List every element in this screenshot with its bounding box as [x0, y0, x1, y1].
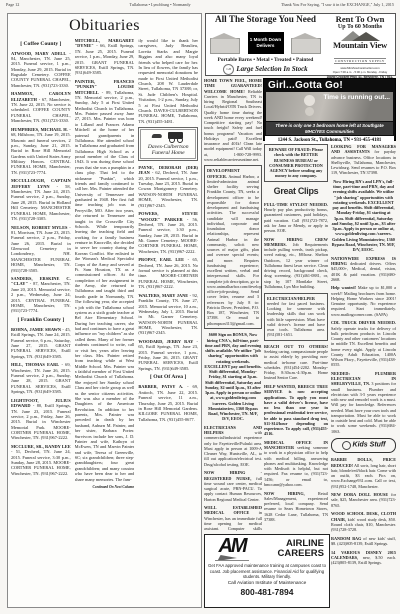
airline-careers-title: AIRLINE CAREERS: [262, 539, 324, 559]
mountain-view-brand: Mountain View: [325, 41, 395, 49]
classified-ad: NEW DORA DOLL HOUSE for sale, $25, Manch…: [331, 492, 396, 508]
aim-logo: AM: [210, 537, 254, 555]
county-section-header: [ Out Of Area ]: [138, 374, 198, 381]
obituary-item: POWERS, STEVIE "WOOZE" PARKER - 56, Dech…: [138, 211, 198, 254]
classified-text: with commercial/industrial experience on…: [204, 430, 262, 467]
obituary-item: PROPST, EARL LEE - 65, Decherd, TN. June…: [138, 257, 198, 289]
obituary-text: - 62, Decherd, TN. June 20, 2015. Funera…: [138, 170, 198, 207]
obituaries-column-2: MITCHELL, MARGARET "DYNIE" - 66, Estill …: [75, 38, 135, 598]
obituary-item: BOHNA, JAMIE SHAWN - 45, Estill Springs,…: [11, 327, 71, 359]
classified-ad: WELL ESTABLISHED MEDICAL OFFICE in Winch…: [204, 505, 262, 531]
rent-to-own-headline: Rent To Own: [325, 15, 395, 24]
page-header-cities: Tullahoma • Lynchburg • Normandy: [76, 2, 244, 7]
daves-ad-inner: Daves-Culbertson Funeral Home: [140, 129, 196, 159]
obituary-item: PAINTER, FRANCES "PUNKIN" LOUISE MITCHEL…: [75, 79, 135, 482]
obituary-item: WALTERS, MARY JANE - 92, Franklin County…: [138, 293, 198, 336]
classified-lead: ELECTRICIANS AND HELPERS: [204, 425, 262, 435]
obituary-text: - 45, Estill Springs, TN. June 24, 2015.…: [11, 327, 71, 359]
obituary-name: BARBER, PATSY A.: [138, 384, 183, 389]
obituary-item: ATWOOD, MARY ADELL - 84, Manchester, TN.…: [11, 51, 71, 89]
obituary-name: BOHNA, JAMIE SHAWN: [11, 327, 61, 332]
classified-ad: Help wanted! Make up to $1,000 a week!! …: [331, 285, 396, 317]
classified-ad: BARBIE DOLLS, PRICE REDUCED! All sorts, …: [331, 457, 396, 489]
aim-logo-wrap: AM: [210, 537, 254, 561]
classified-text: Retail Sales/Management, experienced pre…: [264, 491, 328, 522]
obituaries-column-3-items: PAYNE, DEBORAH (DEB) JEAN - 62, Decherd,…: [138, 165, 198, 422]
obituaries-column-1: [ Coffee County ] ATWOOD, MARY ADELL - 8…: [11, 38, 71, 598]
classified-ad: $600 Sign on BONUS, Now hiring CNA's, fu…: [204, 332, 262, 421]
storage-ad-selection-row: GB Large Selection In Stock: [208, 64, 323, 75]
storage-ad-left: All The Storage You Need 1 Month Down De…: [206, 14, 325, 75]
time-running-out-text: Time is running out...: [323, 95, 390, 102]
classified-text: Job Requirements include pulling weeds, …: [264, 242, 328, 289]
classified-ad: NOW HIRING, Retail Sales/Management, exp…: [264, 491, 328, 523]
airline-ad-phone: 800-481-7894: [208, 587, 326, 597]
classified-ad: FULL-TIME STYLIST NEEDED. Hourly pay plu…: [264, 202, 328, 234]
page-number: Page 12: [6, 2, 76, 7]
obituaries-section: Obituaries [ Coffee County ] ATWOOD, MAR…: [7, 13, 202, 608]
obituary-name: PROPST, EARL LEE: [138, 257, 184, 262]
classified-lead: NOW HIRING - REGISTERED NURSE,: [204, 470, 262, 480]
classified-ad: ELECTRICIAN/HELPER needed for fast paced…: [264, 293, 328, 341]
classified-ad: HOME TOWN FEEL, HOME TIME GUARANTEED! WE…: [204, 78, 262, 162]
construction-supply-subbrand: CONSTRUCTION SUPPLY: [334, 58, 386, 64]
obituary-text: - 68, Hillsboro, TN. June 19, 2015. Maso…: [11, 127, 71, 175]
classified-ad: RANDOM BAG of new kids' stuff, $8. (423)…: [331, 536, 396, 547]
obituary-text: - 58, Manchester, TN. June 24, 2015. Fun…: [11, 184, 71, 221]
airplane-icon: [215, 554, 249, 561]
classified-text: Animal Harbor, a limited-admission anima…: [207, 174, 262, 326]
obituary-name: NELSON, ROBERT MYLES: [11, 225, 67, 230]
classified-text: Make up to $1,000 a week!! Mailing broch…: [331, 285, 396, 316]
obituary-name: HUMPHRIES, MICHAEL H.: [11, 127, 68, 132]
barn-photo-icon: [210, 38, 240, 54]
classified-ad: NATIONWIDE EXPRESS IS HIRING dedicated d…: [331, 256, 396, 282]
classified-lead: CDL TRUCK DRIVER NEEDED.: [331, 320, 396, 325]
obituary-name: WOODARD, JERRY RAY: [138, 339, 193, 344]
classified-text: Seeking caring, compassionate people to …: [264, 349, 328, 380]
page-header-tagline: Thank You For Saying, "I saw it in the E…: [244, 2, 394, 7]
county-section-header: [ Coffee County ]: [11, 41, 71, 48]
obituary-item: [ Franklin County ]: [11, 317, 71, 324]
classified-text: seeking someone to work in a physician o…: [264, 445, 328, 487]
obituary-item: MCCLURE, SR., RANDY LEE - 51, Decherd, T…: [11, 444, 71, 476]
gb-logo-icon: GB: [223, 64, 234, 75]
obituary-name: WALTERS, MARY JANE: [138, 293, 188, 298]
obituary-text: - 51, Decherd, TN. June 24, 2015. Funera…: [11, 449, 71, 476]
southgate-homes-ad: Girl...Gotta Go! Time is running out... …: [263, 78, 396, 141]
horse-drawn-hearse-icon: [148, 132, 188, 143]
rent-months-subhead: Up To 60 Months: [325, 24, 395, 31]
storage-ad-right: Rent To Own Up To 60 Months Mountain Vie…: [325, 14, 395, 75]
classified-text: Safely operate trucks for delivery of bu…: [331, 326, 396, 368]
obituary-item: [ Coffee County ]: [11, 41, 71, 48]
obituary-text: - 81, Morrison, TN. June 23, 2015. Funer…: [11, 225, 71, 273]
obituary-text: - 89, Tullahoma, TN. Memorial service, 2…: [75, 90, 135, 482]
kids-stuff-logo-icon: [342, 441, 351, 450]
classified-ad: NOW HIRING CREW MEMBERS. Job Requirement…: [264, 237, 328, 290]
obituary-item: [ Out Of Area ]: [138, 374, 198, 381]
classified-text: Please check with the BETTER BUSINESS BU…: [269, 147, 323, 178]
airline-ad-top: AM AIRLINE CAREERS: [208, 537, 326, 561]
classified-ad: WOOD SCHOOL DESK, CLOTH CHAIR, kids' woo…: [331, 511, 396, 532]
classified-lead: ELECTRICIAN/HELPER: [267, 296, 315, 301]
mountain-logo-icon: [338, 31, 382, 41]
obituary-text: - 66, Estill Springs, TN. June 25, 2015.…: [75, 43, 135, 75]
classified-ad: LOOKING FOR MANAGERS AND ASSISTANTS for …: [331, 144, 396, 176]
running-girl-photo: Time is running out...: [266, 92, 393, 121]
obituary-item: WOODARD, JERRY RAY - 65, Estill Springs,…: [138, 339, 198, 371]
southgate-ad-banner: There is only one 3 bedroom home left at…: [266, 122, 393, 135]
classified-ad: Kids Stuff: [331, 438, 396, 453]
obituary-text: - 80, Estill Springs, TN. June 23, 2015.…: [11, 403, 71, 440]
county-section-header: [ Franklin County ]: [11, 317, 71, 324]
classifieds-column-b: BEWARE OF FRAUD: Please check with the B…: [264, 144, 328, 531]
storage-ad-selection: Large Selection In Stock: [236, 66, 307, 73]
classified-ad: CDL TRUCK DRIVER NEEDED. Safely operate …: [331, 320, 396, 367]
classified-lead: Great Clips: [274, 186, 319, 196]
funeral-home-name-line2: Funeral Home: [142, 150, 194, 156]
obituary-name: ATWOOD, MARY ADELL: [11, 51, 66, 56]
obituary-text: - 65, Estill Springs, TN. June 23, 2015.…: [138, 339, 198, 371]
obituary-text: - 65, Decherd, TN. June 26, 2015. No for…: [138, 257, 198, 289]
southgate-ad-address: 1244 S. Jackson St., Tullahoma, TN • 931…: [265, 136, 394, 144]
classified-text: 3 positions for small business. Plumber …: [331, 381, 396, 433]
obituary-item: HAMMOX, CAROLYN ELIZABETH - 67, Manchest…: [11, 91, 71, 123]
promo-box: 1 Month Down Delivers: [248, 32, 284, 54]
classified-ad: ELECTRICIANS AND HELPERS with commercial…: [204, 425, 262, 467]
obituary-item: HUMPHRIES, MICHAEL H. - 68, Hillsboro, T…: [11, 127, 71, 175]
classified-lead: NOW HIRING,: [264, 491, 305, 496]
classified-ad: HELP WANTED, BREECE TREE SERVICE is now …: [264, 384, 328, 437]
classifieds-column-a: HOME TOWN FEEL, HOME TIME GUARANTEED! WE…: [204, 78, 262, 531]
classified-lead: RANDOM BAG: [331, 536, 361, 541]
classified-ad: Now Hiring RN's and LPN's, full-time, pa…: [331, 179, 396, 253]
classified-ad: BEWARE OF FRAUD: Please check with the B…: [264, 144, 328, 182]
classified-lead: FULL-TIME STYLIST NEEDED.: [264, 202, 328, 207]
storage-ad-title: All The Storage You Need: [208, 15, 323, 24]
classified-lead: BEWARE OF FRAUD:: [269, 147, 311, 152]
obituary-item: BARBER, PATSY A. - 69, Antioch, TN. June…: [138, 384, 198, 422]
obituary-item: PAYNE, DEBORAH (DEB) JEAN - 62, Decherd,…: [138, 165, 198, 208]
airline-careers-ad: AM AIRLINE CAREERS Get FAA approved main…: [204, 534, 330, 608]
obituary-text: - 56, Decherd, TN. June 26, 2015. Funera…: [138, 217, 198, 254]
airline-ad-body: Get FAA approved maintenance training at…: [208, 563, 326, 580]
classified-ad: Great Clips: [264, 186, 328, 197]
barn-photo-icon-2: [291, 38, 321, 54]
storage-ad-bullets: Portable Barns • Metal • Treated • Paint…: [208, 57, 323, 63]
obituary-item: SANDERS, ERSKINE C. "CLAY" - 87, Manches…: [11, 276, 71, 314]
obituary-item: NELSON, ROBERT MYLES - 81, Morrison, TN.…: [11, 225, 71, 273]
girl-figure: [304, 95, 315, 106]
obituaries-title: Obituaries: [11, 17, 198, 35]
classifieds-column-c: LOOKING FOR MANAGERS AND ASSISTANTS for …: [331, 144, 396, 608]
classified-ad: MEDICAL OFFICE IN MANCHESTER seeking som…: [264, 440, 328, 487]
classified-lead: WELL ESTABLISHED MEDICAL OFFICE: [204, 505, 262, 515]
classified-lead: REACH OUT TO OTHERS!: [264, 344, 328, 349]
obituary-name: HILL, THOMAS EARL: [11, 362, 59, 367]
obituary-item: MITCHELL, MARGARET "DYNIE" - 66, Estill …: [75, 38, 135, 76]
obituary-text: - 87, Manchester, TN. June 20, 2015. Mem…: [11, 281, 71, 313]
classified-text: Hourly pay plus productivity bonus, guar…: [264, 207, 328, 233]
newspaper-page: Page 12 Tullahoma • Lynchburg • Normandy…: [0, 0, 400, 614]
airline-ad-call-line: Call Aviation Institute of Maintenance: [208, 581, 326, 586]
obituary-text: - 84, Manchester, TN. June 25, 2015. Fun…: [11, 51, 71, 88]
storage-ad: All The Storage You Need 1 Month Down De…: [205, 13, 396, 76]
obituaries-column-3: ily would like to thank her caregivers, …: [138, 38, 198, 598]
classified-ad: REACH OUT TO OTHERS! Seeking caring, com…: [264, 344, 328, 381]
classified-ad: DEVELOPMENT OFFICER. Animal Harbor, a li…: [204, 165, 262, 329]
obituary-text: - 92, Franklin County, TN. June 27, 2015…: [138, 293, 198, 336]
classified-text: Reliable Carriers in Manchester, TN is h…: [204, 89, 262, 162]
continued-note: Continued On Next Column: [75, 485, 135, 489]
southgate-ad-headline: Girl...Gotta Go!: [264, 79, 395, 91]
obituary-continuation-text: ily would like to thank her caregivers, …: [138, 38, 198, 124]
obituary-item: MCCULLOUGH, CAPTAIN JEFFERY LYNN - 58, M…: [11, 178, 71, 221]
classified-text: is now accepting applications. To apply …: [264, 389, 328, 436]
storage-ad-images-row: 1 Month Down Delivers: [208, 32, 323, 54]
obituaries-column-2-items: MITCHELL, MARGARET "DYNIE" - 66, Estill …: [75, 38, 135, 482]
classified-text: $600 Sign on BONUS, Now hiring CNA's, fu…: [204, 332, 261, 421]
classified-text: needed for fast paced business. Looking …: [267, 301, 325, 338]
classified-ad: NOW HIRING - REGISTERED NURSE, full time…: [204, 470, 262, 502]
obituary-item: LIGHTFOOT, JULIUS EDWARD - 80, Estill Sp…: [11, 398, 71, 441]
classified-lead: NEW DORA DOLL HOUSE: [331, 492, 388, 497]
classified-lead: Kids Stuff: [353, 442, 386, 449]
classified-text: Now Hiring RN's and LPN's, full-time, pa…: [332, 179, 396, 252]
obituary-text: - 69, Winchester, TN. June 26, 2015. Fun…: [11, 362, 71, 394]
obituary-name: MCCLURE, SR., RANDY LEE: [11, 444, 71, 449]
obituary-item: HILL, THOMAS EARL - 69, Winchester, TN. …: [11, 362, 71, 394]
classified-lead: Help wanted!: [331, 285, 356, 290]
classified-ad: NEEDED: PLUMBER ELECTRICIAN IN SHELBYVIL…: [331, 371, 396, 434]
daves-culbertson-funeral-home-ad: Daves-Culbertson Funeral Home: [138, 127, 198, 161]
obituary-text: - 69, Antioch, TN. June 22, 2015. Funera…: [138, 384, 198, 421]
obituaries-columns: [ Coffee County ] ATWOOD, MARY ADELL - 8…: [11, 38, 198, 598]
page-header: Page 12 Tullahoma • Lynchburg • Normandy…: [6, 2, 394, 7]
classified-ad: 14 VARIOUS DISNEY 2015 CALENDARS, new, $…: [331, 550, 396, 566]
